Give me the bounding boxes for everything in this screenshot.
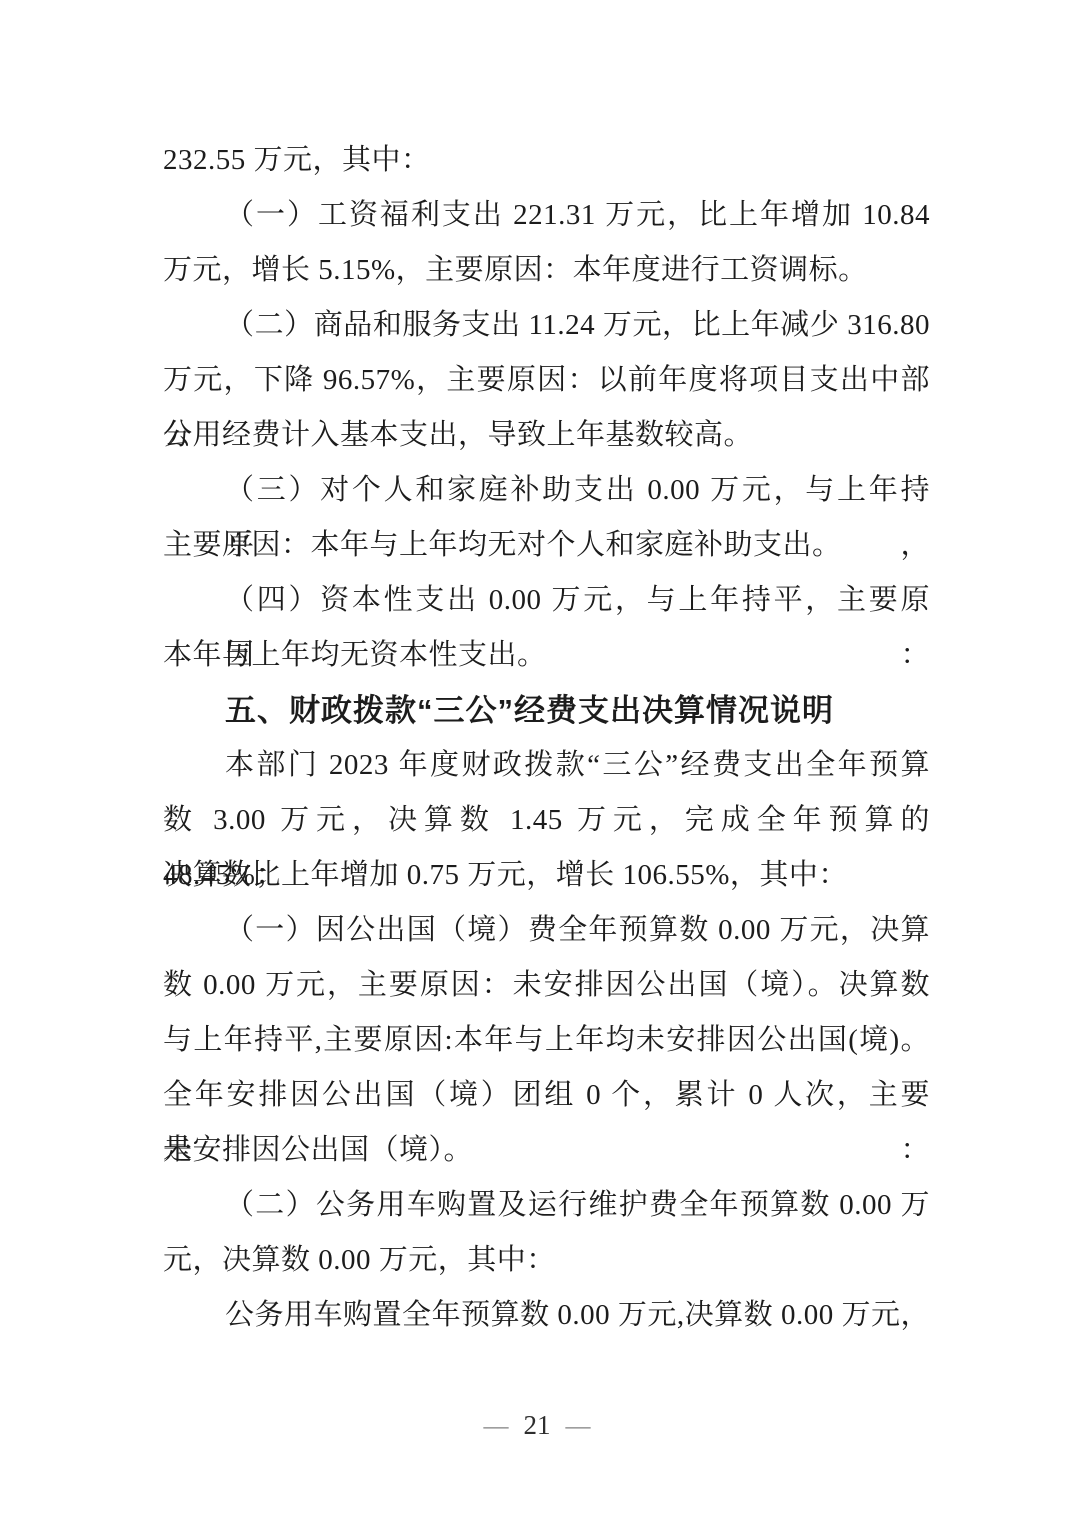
body-line: （二）公务用车购置及运行维护费全年预算数 0.00 万 bbox=[163, 1178, 930, 1233]
body-line: 公用经费计入基本支出，导致上年基数较高。 bbox=[163, 408, 930, 463]
body-line: 本部门 2023 年度财政拨款“三公”经费支出全年预算 bbox=[163, 738, 930, 793]
body-line: 主要原因：本年与上年均无对个人和家庭补助支出。 bbox=[163, 518, 930, 573]
body-line: 万元，增长 5.15%，主要原因：本年度进行工资调标。 bbox=[163, 243, 930, 298]
body-line: （四）资本性支出 0.00 万元，与上年持平，主要原因： bbox=[163, 573, 930, 628]
document-body: 232.55 万元，其中： （一）工资福利支出 221.31 万元，比上年增加 … bbox=[163, 133, 930, 1343]
body-line: 元，决算数 0.00 万元，其中： bbox=[163, 1233, 930, 1288]
body-line: 公务用车购置全年预算数 0.00 万元,决算数 0.00 万元， bbox=[163, 1288, 930, 1343]
section-heading: 五、财政拨款“三公”经费支出决算情况说明 bbox=[163, 683, 930, 738]
footer-dash-right: — bbox=[566, 1413, 591, 1440]
page-footer: —21— bbox=[0, 1398, 1074, 1453]
body-line: （三）对个人和家庭补助支出 0.00 万元，与上年持平， bbox=[163, 463, 930, 518]
body-line: 决算数比上年增加 0.75 万元，增长 106.55%，其中： bbox=[163, 848, 930, 903]
body-line: （一）工资福利支出 221.31 万元，比上年增加 10.84 bbox=[163, 188, 930, 243]
body-line: 数 0.00 万元，主要原因：未安排因公出国（境）。决算数 bbox=[163, 958, 930, 1013]
body-line: （二）商品和服务支出 11.24 万元，比上年减少 316.80 bbox=[163, 298, 930, 353]
body-line: 232.55 万元，其中： bbox=[163, 133, 930, 188]
body-line: 全年安排因公出国（境）团组 0 个，累计 0 人次，主要是： bbox=[163, 1068, 930, 1123]
body-line: （一）因公出国（境）费全年预算数 0.00 万元，决算 bbox=[163, 903, 930, 958]
body-line: 与上年持平,主要原因:本年与上年均未安排因公出国(境)。 bbox=[163, 1013, 930, 1068]
page-number: 21 bbox=[524, 1410, 551, 1440]
body-line: 万元，下降 96.57%，主要原因：以前年度将项目支出中部分 bbox=[163, 353, 930, 408]
footer-dash-left: — bbox=[484, 1413, 509, 1440]
body-line: 数 3.00 万元，决算数 1.45 万元，完成全年预算的 48.45%； bbox=[163, 793, 930, 848]
document-page: 232.55 万元，其中： （一）工资福利支出 221.31 万元，比上年增加 … bbox=[0, 0, 1074, 1520]
